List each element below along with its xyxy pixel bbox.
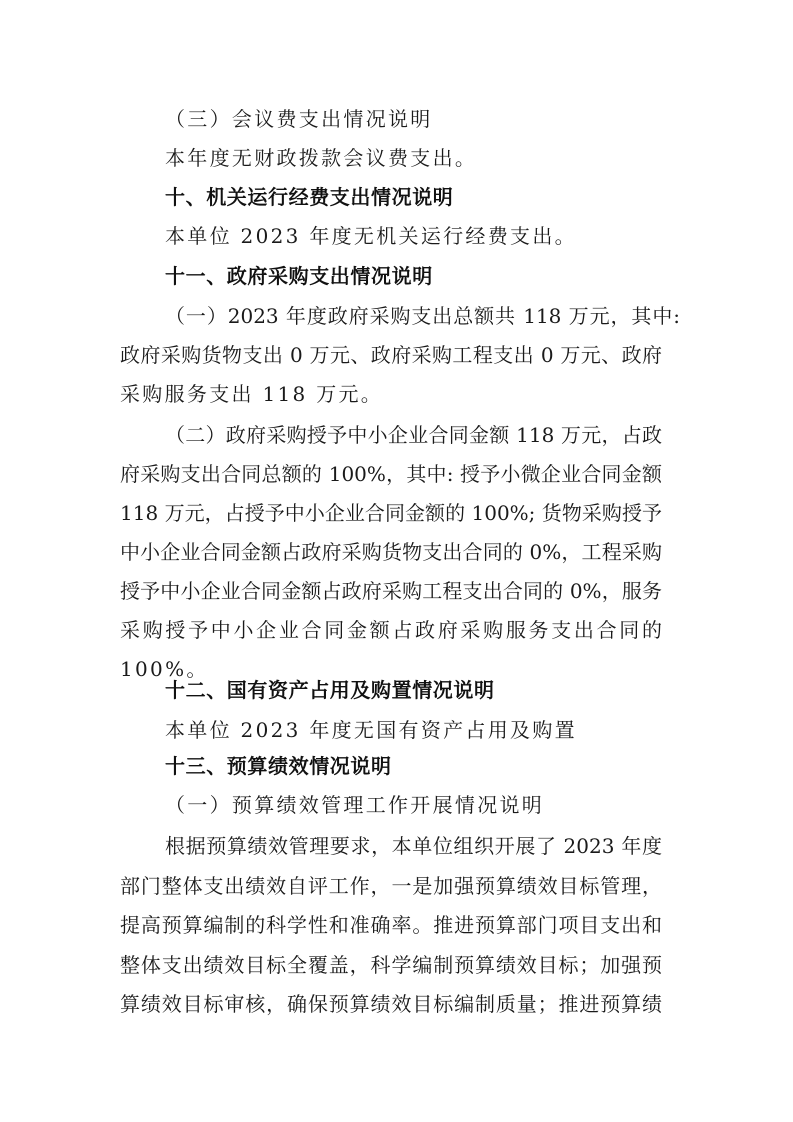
paragraph-line: 政府采购货物支出 0 万元、政府采购工程支出 0 万元、政府 (120, 341, 662, 369)
paragraph-meeting-fees: 本年度无财政拨款会议费支出。 (165, 144, 477, 172)
paragraph-section-10: 本单位 2023 年度无机关运行经费支出。 (165, 222, 577, 250)
paragraph-section-12: 本单位 2023 年度无国有资产占用及购置 (165, 716, 577, 744)
paragraph-line: 整体支出绩效目标全覆盖，科学编制预算绩效目标；加强预 (120, 951, 662, 979)
paragraph-line: 部门整体支出绩效自评工作，一是加强预算绩效目标管理， (120, 872, 662, 900)
paragraph-line: 118 万元，占授予中小企业合同金额的 100%; 货物采购授予 (120, 499, 662, 527)
paragraph-line: 提高预算编制的科学性和准确率。推进预算部门项目支出和 (120, 911, 662, 939)
section-heading-10: 十、机关运行经费支出情况说明 (165, 183, 453, 211)
paragraph-line: 授予中小企业合同金额占政府采购工程支出合同的 0%，服务 (120, 577, 662, 605)
paragraph-line: 采购授予中小企业合同金额占政府采购服务支出合同的 (120, 616, 662, 644)
paragraph-line: 府采购支出合同总额的 100%，其中: 授予小微企业合同金额 (120, 460, 662, 488)
document-page: （三）会议费支出情况说明 本年度无财政拨款会议费支出。 十、机关运行经费支出情况… (0, 0, 793, 1122)
section-heading-13: 十三、预算绩效情况说明 (165, 752, 392, 780)
paragraph-line: 算绩效目标审核，确保预算绩效目标编制质量；推进预算绩 (120, 990, 662, 1018)
paragraph-line: （一）2023 年度政府采购支出总额共 118 万元，其中: (165, 302, 680, 330)
paragraph-line: （二）政府采购授予中小企业合同金额 118 万元，占政 (165, 421, 662, 449)
subsection-heading-meeting-fees: （三）会议费支出情况说明 (165, 105, 433, 133)
section-heading-12: 十二、国有资产占用及购置情况说明 (165, 676, 495, 704)
section-heading-11: 十一、政府采购支出情况说明 (165, 262, 433, 290)
subsection-heading-performance-mgmt: （一）预算绩效管理工作开展情况说明 (165, 791, 544, 819)
paragraph-line: 采购服务支出 118 万元。 (120, 380, 383, 408)
paragraph-line: 中小企业合同金额占政府采购货物支出合同的 0%，工程采购 (120, 538, 662, 566)
paragraph-line: 根据预算绩效管理要求，本单位组织开展了 2023 年度 (165, 832, 662, 860)
